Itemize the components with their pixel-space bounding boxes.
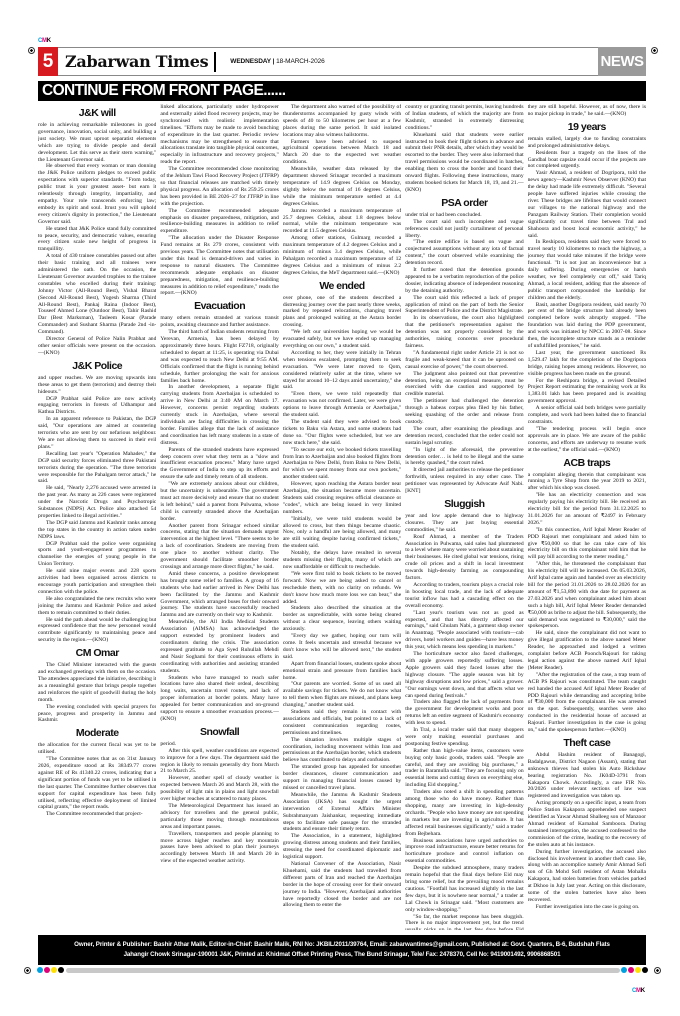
article-paragraph: "So far, the market response has been sl… — [405, 914, 523, 931]
article-heading: Moderate — [38, 726, 156, 740]
article-paragraph: However, another spell of cloudy weather… — [160, 775, 278, 803]
article-paragraph: Students said they remain in contact wit… — [283, 709, 401, 737]
yellow-dot — [51, 967, 57, 973]
article-paragraph: Another parent from Srinagar echoed simi… — [160, 523, 278, 571]
article-paragraph: The third batch of Indian students retur… — [160, 329, 278, 384]
article-heading: CM Omar — [38, 646, 156, 660]
article-paragraph: "After this, he threatened the complaina… — [528, 561, 646, 630]
article-paragraph: During further investigation, the accuse… — [528, 849, 646, 904]
page-number: 5 — [38, 47, 58, 76]
registration-mark-top-right — [651, 47, 658, 54]
article-paragraph: Basit, another Dogripora resident, said … — [528, 302, 646, 350]
registration-mark-top-left — [28, 47, 35, 54]
article-paragraph: A senior official said both bridges were… — [528, 405, 646, 426]
article-heading: Sluggish — [405, 497, 523, 511]
article-paragraph: "He has an electricity connection and wa… — [528, 492, 646, 527]
article-paragraph: "We are extremely anxious about our chil… — [160, 481, 278, 522]
article-paragraph: Farmers have been advised to suspend agr… — [283, 139, 401, 167]
yellow-dot — [635, 967, 641, 973]
color-dots-left — [37, 967, 64, 973]
article-paragraph: Residents fear a tragedy on the lines of… — [528, 150, 646, 171]
article-heading: ACB traps — [528, 456, 646, 470]
article-paragraph: "To secure our exit, we booked tickets t… — [283, 447, 401, 482]
registration-mark-bottom-right — [654, 967, 661, 974]
color-dots-right — [621, 967, 648, 973]
article-paragraph: "Every day we gather, hoping our turn wi… — [283, 633, 401, 661]
article-paragraph: The student said they were advised to bo… — [283, 419, 401, 447]
article-paragraph: He also congratulated the new recruits w… — [38, 596, 156, 617]
article-paragraph: The Association, in a statement, highlig… — [283, 833, 401, 861]
registration-mark-bottom-left — [24, 967, 31, 974]
imprint-line-1: Owner, Printer & Publisher: Bashir Athar… — [38, 940, 646, 950]
article-paragraph: Traders also noted a shift in spending p… — [405, 789, 523, 837]
article-paragraph: In its observations, the court also high… — [405, 315, 523, 350]
continue-banner: CONTINUE FROM FRONT PAGE...... — [38, 81, 646, 101]
column-3: The department also warned of the possib… — [283, 104, 401, 930]
article-paragraph: "After the registration of the case, a t… — [528, 672, 646, 734]
article-paragraph: The Committee recommended adequate empha… — [160, 208, 278, 236]
article-heading: J&K will — [38, 106, 156, 120]
article-paragraph: "The tendering process will begin once a… — [528, 426, 646, 454]
article-paragraph: The evening concluded with special praye… — [38, 704, 156, 725]
article-paragraph: the allocation for the current fiscal wa… — [38, 742, 156, 756]
article-paragraph: role in achieving remarkable milestones … — [38, 122, 156, 163]
masthead: 5 Zabarwan Times WEDNESDAY | 18-MARCH-20… — [38, 47, 646, 76]
article-paragraph: The Committee recommended close monitori… — [160, 166, 278, 207]
article-heading: 19 years — [528, 120, 646, 134]
article-heading: We ended — [283, 279, 401, 293]
article-paragraph: "Even there, we were told repeatedly tha… — [283, 391, 401, 419]
article-paragraph: The situation involves multiple stages o… — [283, 737, 401, 765]
magenta-dot — [44, 967, 50, 973]
article-heading: J&K Police — [38, 359, 156, 373]
article-paragraph: Last year, the government sanctioned Rs … — [528, 350, 646, 378]
cmyk-label-top: CMK — [38, 38, 51, 44]
article-paragraph: "Our parents are worried. Some of us use… — [283, 681, 401, 709]
cmyk-k: K — [47, 38, 51, 44]
article-paragraph: Parents of the stranded students have ex… — [160, 447, 278, 482]
article-paragraph: He said the path ahead would be challeng… — [38, 617, 156, 645]
magenta-dot — [628, 967, 634, 973]
article-paragraph: The court said such incomplete and vague… — [405, 219, 523, 240]
article-paragraph: "We left our universities hoping we woul… — [283, 329, 401, 350]
article-paragraph: According to her, they were initially in… — [283, 350, 401, 391]
article-paragraph: The judgment also pointed out that preve… — [405, 371, 523, 399]
article-paragraph: Traders also flagged the lack of payment… — [405, 699, 523, 727]
article-paragraph: Business associations have urged authori… — [405, 838, 523, 866]
paper-name: Zabarwan Times — [58, 52, 216, 72]
column-2: linked allocations, particularly under h… — [160, 104, 278, 930]
article-paragraph: The DGP said Jammu and Kashmir ranks amo… — [38, 520, 156, 541]
article-heading: Evacuation — [160, 299, 278, 313]
article-paragraph: The department also warned of the possib… — [283, 104, 401, 139]
article-paragraph: "A fundamental right under Article 21 is… — [405, 350, 523, 371]
article-paragraph: It directed jail authorities to release … — [405, 467, 523, 495]
article-heading: PSA order — [405, 196, 523, 210]
imprint-footer: Owner, Printer & Publisher: Bashir Athar… — [38, 935, 646, 965]
article-paragraph: DGP Prabhat said Police are now actively… — [38, 396, 156, 417]
article-paragraph: and upper reaches. We are moving upwards… — [38, 375, 156, 396]
article-paragraph: The court, after examining the pleadings… — [405, 426, 523, 447]
article-paragraph: Notably, the delays have resulted in sev… — [283, 550, 401, 571]
article-paragraph: The horticulture sector also faced chall… — [405, 651, 523, 699]
article-paragraph: a complaint alleging therein that compla… — [528, 472, 646, 493]
article-heading: Theft case — [528, 736, 646, 750]
article-paragraph: Students who have managed to reach safer… — [160, 675, 278, 723]
article-paragraph: "In light of the aforesaid, the preventi… — [405, 447, 523, 468]
article-paragraph: A total of 430 trainee constables passed… — [38, 253, 156, 336]
article-paragraph: Acting promptly on a specific input, a t… — [528, 800, 646, 848]
article-paragraph: "Last year's tourism was not as good as … — [405, 610, 523, 651]
article-paragraph: He said, "Nearly 2,276 accused were arre… — [38, 485, 156, 520]
column-5: they are still hopeful. However, as of n… — [528, 104, 646, 930]
article-paragraph: Khuehami said that students were earlier… — [405, 132, 523, 194]
article-columns: J&K will role in achieving remarkable mi… — [38, 104, 646, 930]
article-paragraph: In Tral, a local trader said that many s… — [405, 727, 523, 748]
article-paragraph: Rouf Ahmad, a member of the Traders Asso… — [405, 534, 523, 582]
article-paragraph: over phone, one of the students describe… — [283, 295, 401, 330]
article-paragraph: Recalling last year's "Operation Mahadev… — [38, 451, 156, 486]
article-paragraph: He stated that J&K Police stand fully co… — [38, 226, 156, 254]
article-paragraph: Travellers, transporters and people plan… — [160, 831, 278, 866]
imprint-line-2: Jahangir Chowk Srinagar-190001 J&K, Prin… — [38, 950, 646, 960]
article-paragraph: However, upon reaching the Astara border… — [283, 481, 401, 516]
article-paragraph: The Committee recommended that project- — [38, 811, 156, 818]
article-paragraph: The court said this reflected a lack of … — [405, 295, 523, 316]
article-paragraph: Meanwhile, the All India Medical Student… — [160, 619, 278, 674]
article-paragraph: "We were first told to book tickets to b… — [283, 571, 401, 606]
article-paragraph: Yasir Ahmad, a resident of Dogripora, to… — [528, 170, 646, 239]
article-paragraph: DGP Prabhat said the police were organis… — [38, 541, 156, 569]
black-dot — [58, 967, 64, 973]
issue-date-value: 18-MARCH-2026 — [276, 58, 325, 65]
article-paragraph: Director General of Police Nalin Prabhat… — [38, 336, 156, 357]
article-paragraph: Meanwhile, the Jammu & Kashmir Students … — [283, 792, 401, 833]
issue-day: WEDNESDAY — [230, 58, 271, 65]
article-paragraph: "The Committee notes that as on 31st Jan… — [38, 756, 156, 811]
article-paragraph: It further noted that the detention grou… — [405, 267, 523, 295]
article-paragraph: The stranded group has appealed for smoo… — [283, 764, 401, 792]
article-paragraph: He said nine major events and 228 sports… — [38, 568, 156, 596]
article-paragraph: under trial or had been concluded. — [405, 212, 523, 219]
article-paragraph: Amid these concerns, a positive developm… — [160, 571, 278, 619]
black-dot — [642, 967, 648, 973]
article-paragraph: "The allocation under the Disaster Respo… — [160, 235, 278, 297]
article-paragraph: Jammu recorded a maximum temperature of … — [283, 208, 401, 236]
article-paragraph: In another development, a separate fligh… — [160, 384, 278, 446]
cmyk-k: K — [641, 988, 645, 994]
cyan-dot — [37, 967, 43, 973]
issue-date: WEDNESDAY | 18-MARCH-2026 — [216, 58, 324, 65]
article-paragraph: Further investigation into the case is g… — [528, 904, 646, 911]
article-paragraph: In an apparent reference to Pakistan, th… — [38, 416, 156, 451]
article-paragraph: Students also described the situation at… — [283, 605, 401, 633]
section-tag: NEWS — [598, 47, 646, 76]
article-paragraph: He said, since the complainant did not w… — [528, 630, 646, 671]
article-paragraph: Despite the subdued atmosphere, many tra… — [405, 865, 523, 913]
article-paragraph: period. — [160, 741, 278, 748]
article-paragraph: In Reshipora, residents said they were f… — [528, 239, 646, 301]
article-paragraph: According to traders, tourism plays a cr… — [405, 582, 523, 610]
article-paragraph: After this spell, weather conditions are… — [160, 748, 278, 776]
article-paragraph: For the Reshipora bridge, a revised Deta… — [528, 378, 646, 406]
article-paragraph: year and low apple demand due to highway… — [405, 513, 523, 534]
article-paragraph: Rather than high-value items, customers … — [405, 748, 523, 789]
column-1: J&K will role in achieving remarkable mi… — [38, 104, 156, 930]
article-paragraph: country or granting transit permits, lea… — [405, 104, 523, 132]
article-paragraph: The Meteorological Department has issued… — [160, 803, 278, 831]
column-4: country or granting transit permits, lea… — [405, 104, 523, 930]
article-paragraph: "The entire edifice is based on vague an… — [405, 239, 523, 267]
article-paragraph: "In this connection, Arif Iqbal Meter Re… — [528, 527, 646, 562]
print-color-bar — [66, 968, 620, 973]
article-paragraph: "Initially, we were told students would … — [283, 516, 401, 551]
article-paragraph: Among other stations, Gulmarg recorded a… — [283, 235, 401, 276]
article-heading: Snowfall — [160, 725, 278, 739]
article-paragraph: they are still hopeful. However, as of n… — [528, 104, 646, 118]
article-paragraph: many others remain stranded at various t… — [160, 315, 278, 329]
article-paragraph: linked allocations, particularly under h… — [160, 104, 278, 166]
article-paragraph: Apart from financial losses, students sp… — [283, 661, 401, 682]
cyan-dot — [621, 967, 627, 973]
article-paragraph: He observed that every woman or man donn… — [38, 163, 156, 225]
article-paragraph: The Chief Minister interacted with the g… — [38, 662, 156, 703]
article-paragraph: Abdul Hashim resident of Banagogi, Badal… — [528, 752, 646, 800]
article-paragraph: National Convener of the Association, Na… — [283, 861, 401, 909]
cmyk-label-bottom: CMK — [632, 988, 645, 994]
article-paragraph: The petitioner had challenged the detent… — [405, 398, 523, 426]
article-paragraph: Meanwhile, weather data released by the … — [283, 166, 401, 207]
article-paragraph: remain stalled, largely due to funding c… — [528, 136, 646, 150]
